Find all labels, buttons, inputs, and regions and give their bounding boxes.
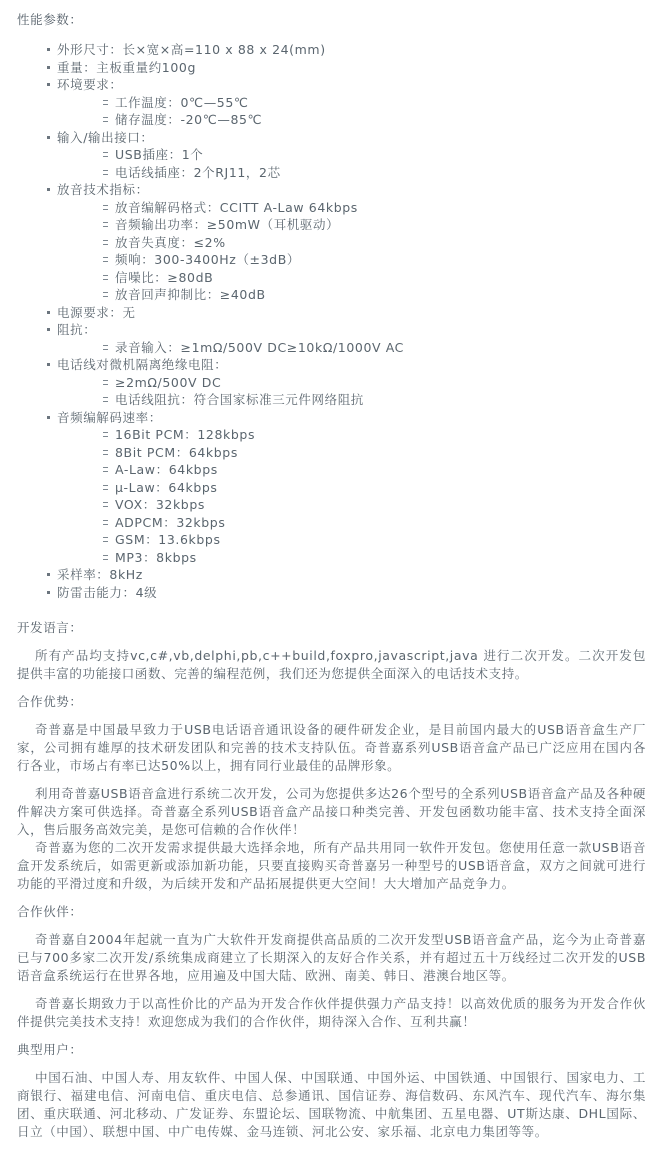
spec-subitem-label: ADPCM：32kbps (115, 515, 225, 530)
section-heading-performance: 性能参数： (17, 11, 646, 29)
section-heading-advantages: 合作优势： (17, 693, 646, 711)
advantages-paragraph-2: 利用奇普嘉USB语音盒进行系统二次开发，公司为您提供多达26个型号的全系列USB… (17, 785, 646, 839)
spec-item-isolation-resistance: 电话线对微机隔离绝缘电阻： ≥2mΩ/500V DC 电话线阻抗：符合国家标准三… (17, 356, 646, 409)
spec-item-label: 电源要求：无 (57, 305, 136, 320)
spec-item-codec-rates: 音频编解码速率： 16Bit PCM：128kbps 8Bit PCM：64kb… (17, 409, 646, 567)
spec-subitem-label: 放音失真度：≤2% (115, 235, 226, 250)
spec-item-label: 输入/输出接口： (57, 130, 154, 145)
spec-subitem-label: GSM：13.6kbps (115, 532, 221, 547)
spec-subitem-label: A-Law：64kbps (115, 462, 218, 477)
spec-sublist-io-ports: USB插座：1个 电话线插座：2个RJ11，2芯 (57, 146, 646, 181)
spec-subitem-record-input: 录音输入：≥1mΩ/500V DC≥10kΩ/1000V AC (57, 339, 646, 357)
spec-item-label: 阻抗： (57, 322, 96, 337)
spec-subitem-label: 频响：300-3400Hz（±3dB） (115, 252, 300, 267)
spec-item-label: 放音技术指标： (57, 182, 149, 197)
spec-subitem-storage-temp: 储存温度：-20℃—85℃ (57, 111, 646, 129)
spec-subitem-line-impedance: 电话线阻抗：符合国家标准三元件网络阻抗 (57, 391, 646, 409)
spec-subitem-gsm: GSM：13.6kbps (57, 531, 646, 549)
spec-subitem-mp3: MP3：8kbps (57, 549, 646, 567)
spec-item-weight: 重量：主板重量约100g (17, 59, 646, 77)
spec-subitem-label: 电话线插座：2个RJ11，2芯 (115, 165, 281, 180)
spec-subitem-ulaw: μ-Law：64kbps (57, 479, 646, 497)
spec-subitem-label: 信噪比：≥80dB (115, 270, 213, 285)
spec-sublist-impedance: 录音输入：≥1mΩ/500V DC≥10kΩ/1000V AC (57, 339, 646, 357)
spec-subitem-label: 工作温度：0℃—55℃ (115, 95, 249, 110)
spec-subitem-codec-format: 放音编解码格式：CCITT A-Law 64kbps (57, 199, 646, 217)
spec-subitem-vox: VOX：32kbps (57, 496, 646, 514)
spec-subitem-label: 16Bit PCM：128kbps (115, 427, 255, 442)
spec-subitem-label: 储存温度：-20℃—85℃ (115, 112, 262, 127)
spec-subitem-usb-socket: USB插座：1个 (57, 146, 646, 164)
spec-item-power: 电源要求：无 (17, 304, 646, 322)
spec-subitem-label: ≥2mΩ/500V DC (115, 375, 221, 390)
spec-item-playback-specs: 放音技术指标： 放音编解码格式：CCITT A-Law 64kbps 音频输出功… (17, 181, 646, 304)
section-heading-development: 开发语言： (17, 619, 646, 637)
spec-item-lightning-protection: 防雷击能力：4级 (17, 584, 646, 602)
spec-subitem-16bit-pcm: 16Bit PCM：128kbps (57, 426, 646, 444)
spec-subitem-output-power: 音频输出功率：≥50mW（耳机驱动） (57, 216, 646, 234)
spec-sublist-codec-rates: 16Bit PCM：128kbps 8Bit PCM：64kbps A-Law：… (57, 426, 646, 566)
product-spec-document: 性能参数： 外形尺寸：长×宽×高=110 x 88 x 24(mm) 重量：主板… (0, 0, 658, 1165)
spec-sublist-isolation-resistance: ≥2mΩ/500V DC 电话线阻抗：符合国家标准三元件网络阻抗 (57, 374, 646, 409)
spec-subitem-label: MP3：8kbps (115, 550, 197, 565)
spec-item-impedance: 阻抗： 录音输入：≥1mΩ/500V DC≥10kΩ/1000V AC (17, 321, 646, 356)
spec-item-label: 环境要求： (57, 77, 123, 92)
spec-list: 外形尺寸：长×宽×高=110 x 88 x 24(mm) 重量：主板重量约100… (17, 41, 646, 601)
spec-subitem-label: 音频输出功率：≥50mW（耳机驱动） (115, 217, 339, 232)
spec-subitem-label: USB插座：1个 (115, 147, 203, 162)
spec-item-label: 音频编解码速率： (57, 410, 162, 425)
spec-subitem-echo-suppression: 放音回声抑制比：≥40dB (57, 286, 646, 304)
advantages-paragraph-1: 奇普嘉是中国最早致力于USB电话语音通讯设备的硬件研发企业，是目前国内最大的US… (17, 721, 646, 775)
spec-subitem-frequency-response: 频响：300-3400Hz（±3dB） (57, 251, 646, 269)
spec-item-environment: 环境要求： 工作温度：0℃—55℃ 储存温度：-20℃—85℃ (17, 76, 646, 129)
advantages-paragraph-3: 奇普嘉为您的二次开发需求提供最大选择余地，所有产品共用同一软件开发包。您使用任意… (17, 839, 646, 893)
spec-item-label: 防雷击能力：4级 (57, 585, 157, 600)
spec-subitem-phone-socket: 电话线插座：2个RJ11，2芯 (57, 164, 646, 182)
spec-subitem-adpcm: ADPCM：32kbps (57, 514, 646, 532)
spec-sublist-playback-specs: 放音编解码格式：CCITT A-Law 64kbps 音频输出功率：≥50mW（… (57, 199, 646, 304)
spec-item-sample-rate: 采样率：8kHz (17, 566, 646, 584)
spec-subitem-label: 放音回声抑制比：≥40dB (115, 287, 266, 302)
spec-subitem-label: 电话线阻抗：符合国家标准三元件网络阻抗 (115, 392, 364, 407)
partners-paragraph-2: 奇普嘉长期致力于以高性价比的产品为开发合作伙伴提供强力产品支持！以高效优质的服务… (17, 995, 646, 1031)
spec-subitem-label: 录音输入：≥1mΩ/500V DC≥10kΩ/1000V AC (115, 340, 404, 355)
spec-subitem-snr: 信噪比：≥80dB (57, 269, 646, 287)
spec-subitem-working-temp: 工作温度：0℃—55℃ (57, 94, 646, 112)
spec-item-dimensions: 外形尺寸：长×宽×高=110 x 88 x 24(mm) (17, 41, 646, 59)
spec-item-label: 外形尺寸：长×宽×高=110 x 88 x 24(mm) (57, 42, 326, 57)
section-heading-users: 典型用户： (17, 1041, 646, 1059)
spec-subitem-alaw: A-Law：64kbps (57, 461, 646, 479)
spec-subitem-label: 放音编解码格式：CCITT A-Law 64kbps (115, 200, 358, 215)
spec-subitem-isolation-value: ≥2mΩ/500V DC (57, 374, 646, 392)
spec-subitem-label: 8Bit PCM：64kbps (115, 445, 238, 460)
spec-sublist-environment: 工作温度：0℃—55℃ 储存温度：-20℃—85℃ (57, 94, 646, 129)
spec-item-label: 重量：主板重量约100g (57, 60, 196, 75)
section-heading-partners: 合作伙伴： (17, 903, 646, 921)
spec-subitem-8bit-pcm: 8Bit PCM：64kbps (57, 444, 646, 462)
development-paragraph: 所有产品均支持vc,c#,vb,delphi,pb,c++build,foxpr… (17, 647, 646, 683)
spec-subitem-distortion: 放音失真度：≤2% (57, 234, 646, 252)
users-paragraph: 中国石油、中国人寿、用友软件、中国人保、中国联通、中国外运、中国铁通、中国银行、… (17, 1069, 646, 1141)
spec-subitem-label: VOX：32kbps (115, 497, 205, 512)
partners-paragraph-1: 奇普嘉自2004年起就一直为广大软件开发商提供高品质的二次开发型USB语音盒产品… (17, 931, 646, 985)
spec-item-label: 电话线对微机隔离绝缘电阻： (57, 357, 227, 372)
spec-item-io-ports: 输入/输出接口： USB插座：1个 电话线插座：2个RJ11，2芯 (17, 129, 646, 182)
spec-item-label: 采样率：8kHz (57, 567, 143, 582)
spec-subitem-label: μ-Law：64kbps (115, 480, 218, 495)
